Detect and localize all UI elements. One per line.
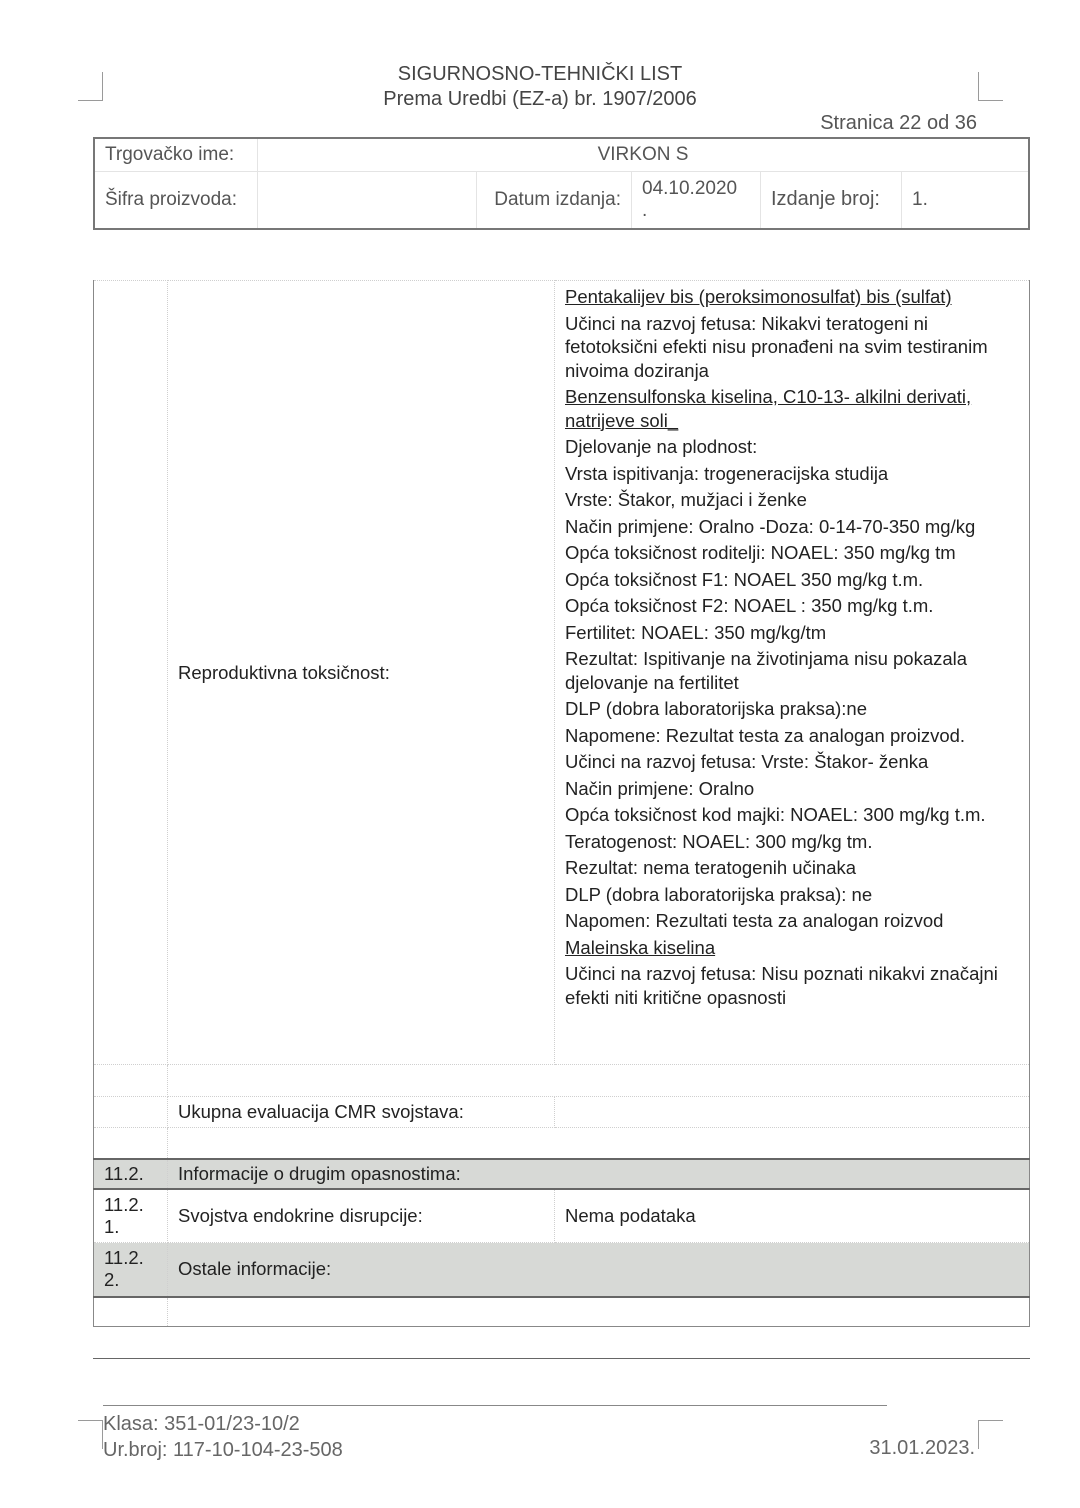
- endocrine-value: Nema podataka: [555, 1189, 1030, 1243]
- product-meta-table: Trgovačko ime: VIRKON S Šifra proizvoda:…: [93, 137, 1030, 230]
- product-code-label: Šifra proizvoda:: [94, 171, 258, 229]
- repro-line: Opća toksičnost F1: NOAEL 350 mg/kg t.m.: [565, 568, 1019, 592]
- repro-line: Napomene: Rezultat testa za analogan pro…: [565, 724, 1019, 748]
- repro-line: Rezultat: Ispitivanje na životinjama nis…: [565, 647, 1019, 694]
- trade-name-value: VIRKON S: [258, 138, 1030, 171]
- section-number: 11.2.: [94, 1159, 168, 1189]
- spacer-cell: [168, 1065, 1030, 1097]
- spacer-cell: [168, 1297, 1030, 1327]
- spacer-cell: [94, 1065, 168, 1097]
- footer-reference: Klasa: 351-01/23-10/2 Ur.broj: 117-10-10…: [103, 1411, 343, 1463]
- repro-content: Pentakalijev bis (peroksimonosulfat) bis…: [555, 281, 1030, 1065]
- repro-line: Način primjene: Oralno: [565, 777, 1019, 801]
- repro-line: Vrsta ispitivanja: trogeneracijska studi…: [565, 462, 1019, 486]
- repro-line: Opća toksičnost kod majki: NOAEL: 300 mg…: [565, 803, 1019, 827]
- crop-mark-bottom-right: [978, 1420, 1003, 1449]
- issue-date-suffix: .: [642, 200, 750, 222]
- section-heading: Informacije o drugim opasnostima:: [168, 1159, 1030, 1189]
- cmr-label: Ukupna evaluacija CMR svojstava:: [168, 1097, 555, 1128]
- edition-value: 1.: [902, 171, 1030, 229]
- section-11-table: Reproduktivna toksičnost: Pentakalijev b…: [93, 280, 1030, 1327]
- repro-line: Maleinska kiselina: [565, 936, 1019, 960]
- footer-date: 31.01.2023.: [869, 1437, 975, 1460]
- edition-label: Izdanje broj:: [761, 171, 902, 229]
- repro-line: Fertilitet: NOAEL: 350 mg/kg/tm: [565, 621, 1019, 645]
- repro-line: Učinci na razvoj fetusa: Nisu poznati ni…: [565, 962, 1019, 1009]
- repro-line: Učinci na razvoj fetusa: Nikakvi teratog…: [565, 312, 1019, 383]
- document-title: SIGURNOSNO-TEHNIČKI LIST Prema Uredbi (E…: [0, 62, 1080, 112]
- repro-line: Rezultat: nema teratogenih učinaka: [565, 856, 1019, 880]
- repro-line: Benzensulfonska kiselina, C10-13- alkiln…: [565, 385, 1019, 432]
- spacer-cell: [94, 1297, 168, 1327]
- repro-line: DLP (dobra laboratorijska praksa):ne: [565, 697, 1019, 721]
- section-11-2-row: 11.2. Informacije o drugim opasnostima:: [94, 1159, 1030, 1189]
- repro-line: Napomen: Rezultati testa za analogan roi…: [565, 909, 1019, 933]
- repro-line: Pentakalijev bis (peroksimonosulfat) bis…: [565, 285, 1019, 309]
- repro-line: Teratogenost: NOAEL: 300 mg/kg tm.: [565, 830, 1019, 854]
- repro-line: DLP (dobra laboratorijska praksa): ne: [565, 883, 1019, 907]
- repro-num-cell: [94, 281, 168, 1065]
- page-number: Stranica 22 od 36: [820, 112, 977, 135]
- cmr-num-cell: [94, 1097, 168, 1128]
- title-line-1: SIGURNOSNO-TEHNIČKI LIST: [0, 62, 1080, 87]
- trade-name-label: Trgovačko ime:: [94, 138, 258, 171]
- title-line-2: Prema Uredbi (EZ-a) br. 1907/2006: [0, 87, 1080, 112]
- klasa: Klasa: 351-01/23-10/2: [103, 1411, 343, 1437]
- repro-label: Reproduktivna toksičnost:: [168, 281, 555, 1065]
- footer-divider: [93, 1358, 1030, 1359]
- repro-line: Vrste: Štakor, mužjaci i ženke: [565, 488, 1019, 512]
- product-code-value: [258, 171, 477, 229]
- other-info-label: Ostale informacije:: [168, 1243, 1030, 1297]
- section-11-2-2-row: 11.2. 2. Ostale informacije:: [94, 1243, 1030, 1297]
- endocrine-label: Svojstva endokrine disrupcije:: [168, 1189, 555, 1243]
- issue-date-text: 04.10.2020: [642, 178, 750, 200]
- repro-line: Učinci na razvoj fetusa: Vrste: Štakor- …: [565, 750, 1019, 774]
- repro-lines: Pentakalijev bis (peroksimonosulfat) bis…: [565, 285, 1019, 1009]
- cmr-value: [555, 1097, 1030, 1128]
- issue-date-value: 04.10.2020 .: [632, 171, 761, 229]
- crop-mark-bottom-left: [78, 1420, 103, 1449]
- ur-broj: Ur.broj: 117-10-104-23-508: [103, 1437, 343, 1463]
- repro-line: Opća toksičnost F2: NOAEL : 350 mg/kg t.…: [565, 594, 1019, 618]
- subsection-number: 11.2. 2.: [94, 1243, 168, 1297]
- issue-date-label: Datum izdanja:: [477, 171, 632, 229]
- repro-line: Opća toksičnost roditelji: NOAEL: 350 mg…: [565, 541, 1019, 565]
- spacer-cell: [168, 1128, 1030, 1159]
- signature-line: [103, 1405, 887, 1406]
- subsection-number: 11.2. 1.: [94, 1189, 168, 1243]
- repro-line: Djelovanje na plodnost:: [565, 435, 1019, 459]
- repro-line: Način primjene: Oralno -Doza: 0-14-70-35…: [565, 515, 1019, 539]
- spacer-cell: [94, 1128, 168, 1159]
